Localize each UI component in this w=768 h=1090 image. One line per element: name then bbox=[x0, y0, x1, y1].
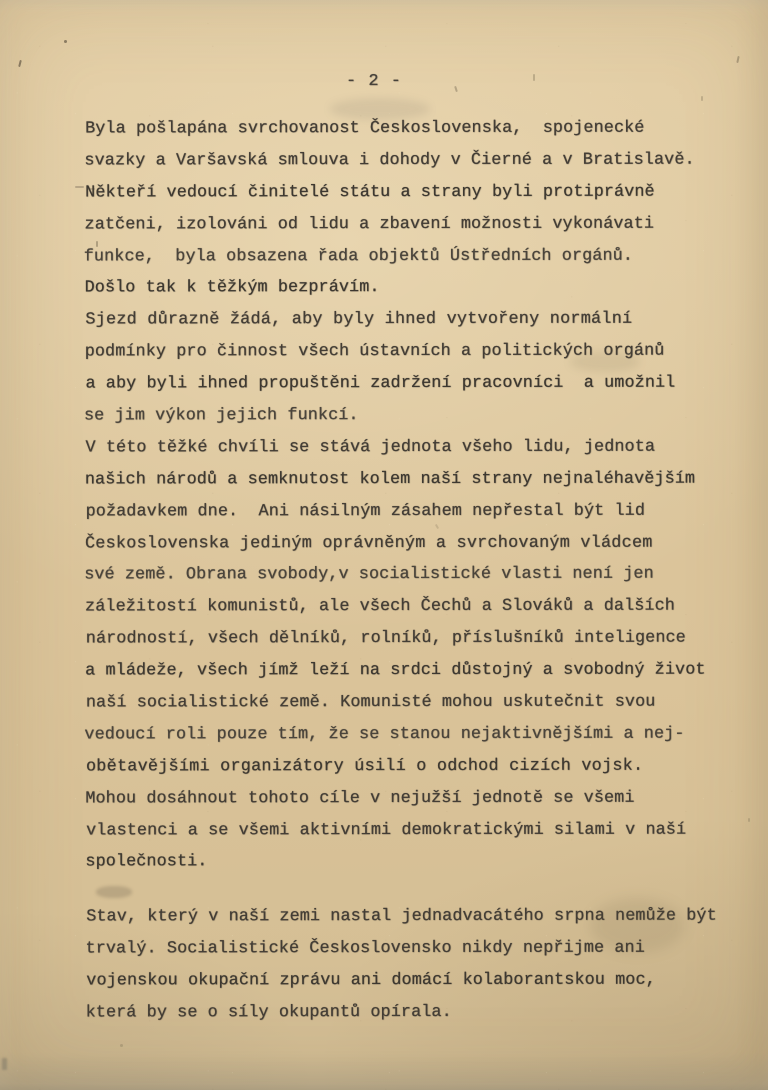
paper-speck bbox=[701, 96, 703, 101]
text-line: V této těžké chvíli se stává jednota vše… bbox=[86, 431, 746, 464]
text-line: a mládeže, všech jímž leží na srdci důst… bbox=[85, 655, 745, 688]
text-line: Sjezd důrazně žádá, aby byly ihned vytvo… bbox=[85, 304, 745, 337]
text-line: vlastenci a se všemi aktivními demokrati… bbox=[86, 814, 746, 847]
text-line: trvalý. Socialistické Československo nik… bbox=[86, 933, 746, 966]
text-line: našich národů a semknutost kolem naší st… bbox=[85, 463, 745, 496]
text-line: požadavkem dne. Ani násilným zásahem nep… bbox=[86, 495, 746, 528]
page-number: - 2 - bbox=[0, 72, 758, 91]
paper-speck bbox=[736, 56, 739, 63]
text-line: Stav, který v naší zemi nastal jednadvac… bbox=[86, 901, 746, 934]
text-line: svazky a Varšavská smlouva i dohody v Či… bbox=[84, 144, 744, 177]
text-line: naší socialistické země. Komunisté mohou… bbox=[86, 687, 746, 720]
text-line: společnosti. bbox=[85, 846, 745, 879]
text-line: záležitostí komunistů, ale všech Čechů a… bbox=[85, 591, 745, 624]
text-line: funkce, byla obsazena řada objektů Ústře… bbox=[84, 240, 744, 273]
paper-speck bbox=[18, 60, 22, 67]
paper-speck bbox=[64, 40, 67, 43]
paper-speck bbox=[2, 1058, 7, 1070]
text-line: Československa jediným oprávněným a svrc… bbox=[85, 527, 745, 560]
paper-speck bbox=[748, 818, 750, 822]
text-line: podmínky pro činnost všech ústavních a p… bbox=[85, 336, 745, 369]
text-line: vojenskou okupační zprávu ani domácí kol… bbox=[86, 965, 746, 998]
text-line: své země. Obrana svobody,v socialistické… bbox=[84, 559, 744, 592]
text-line: obětavějšími organizátory úsilí o odchod… bbox=[86, 750, 746, 783]
document-page: - 2 - Byla pošlapána svrchovanost Českos… bbox=[0, 0, 768, 1090]
text-line: národností, všech dělníků, rolníků, přís… bbox=[86, 623, 746, 656]
text-line: která by se o síly okupantů opírala. bbox=[86, 997, 746, 1030]
document-text: Byla pošlapána svrchovanost Českoslovens… bbox=[84, 113, 745, 1030]
text-line: Někteří vedoucí činitelé státu a strany … bbox=[85, 176, 745, 209]
text-line: zatčeni, izolováni od lidu a zbavení mož… bbox=[84, 208, 744, 241]
text-line: a aby byli ihned propuštěni zadržení pra… bbox=[85, 368, 745, 401]
paper-speck bbox=[75, 186, 84, 188]
paragraph: Stav, který v naší zemi nastal jednadvac… bbox=[85, 901, 745, 1029]
text-line: Mohou dosáhnout tohoto cíle v nejužší je… bbox=[85, 782, 745, 815]
paragraph: Byla pošlapána svrchovanost Českoslovens… bbox=[84, 113, 745, 879]
text-line: Byla pošlapána svrchovanost Českoslovens… bbox=[85, 113, 745, 146]
paper-speck bbox=[120, 1044, 123, 1047]
text-line: Došlo tak k těžkým bezprávím. bbox=[85, 272, 745, 305]
text-line: vedoucí roli pouze tím, že se stanou nej… bbox=[84, 718, 744, 751]
text-line: se jim výkon jejich funkcí. bbox=[84, 400, 744, 433]
